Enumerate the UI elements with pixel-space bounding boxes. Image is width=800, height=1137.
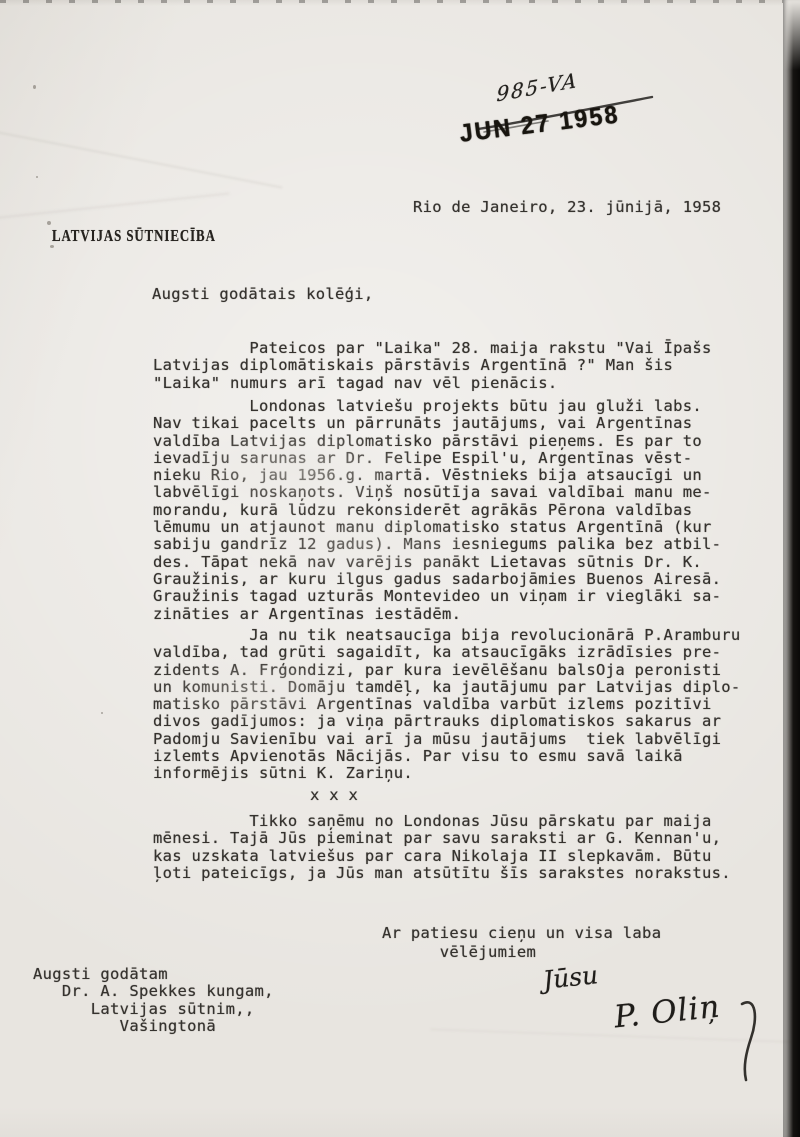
recipient-address-block: Augsti godātam Dr. A. Spekkes kungam, La…	[33, 966, 274, 1035]
handwritten-valediction: Jūsu	[542, 960, 600, 995]
signature: P. Oliņ	[612, 989, 722, 1036]
handwritten-registry-note: 985-VA	[496, 68, 579, 107]
scan-right-edge-artifact	[783, 0, 800, 1137]
paper-crease	[0, 192, 229, 219]
section-separator: x x x	[310, 787, 358, 804]
scanned-letter-page: 985-VA JUN 27 1958 Rio de Janeiro, 23. j…	[0, 0, 800, 1137]
dateline: Rio de Janeiro, 23. jūnijā, 1958	[413, 199, 721, 216]
dust-speck	[101, 712, 103, 714]
scan-top-edge-artifact	[0, 0, 800, 3]
paragraph-1: Pateicos par "Laika" 28. maija rakstu "V…	[153, 340, 712, 392]
closing-phrase: Ar patiesu cieņu un visa laba vēlējumiem	[382, 924, 661, 962]
letterhead: LATVIJAS SŪTNIECĪBA	[52, 226, 216, 246]
dust-speck	[47, 221, 51, 225]
salutation: Augsti godātais kolēģi,	[152, 286, 374, 303]
paragraph-4: Tikko saņēmu no Londonas Jūsu pārskatu p…	[153, 813, 731, 882]
paper-crease	[0, 129, 282, 188]
dust-speck	[36, 176, 38, 178]
paragraph-2: Londonas latviešu projekts būtu jau gluž…	[153, 398, 721, 623]
received-date-stamp: JUN 27 1958	[458, 100, 621, 148]
dust-speck	[33, 85, 36, 89]
paragraph-3: Ja nu tik neatsaucīga bija revolucionārā…	[153, 627, 741, 783]
